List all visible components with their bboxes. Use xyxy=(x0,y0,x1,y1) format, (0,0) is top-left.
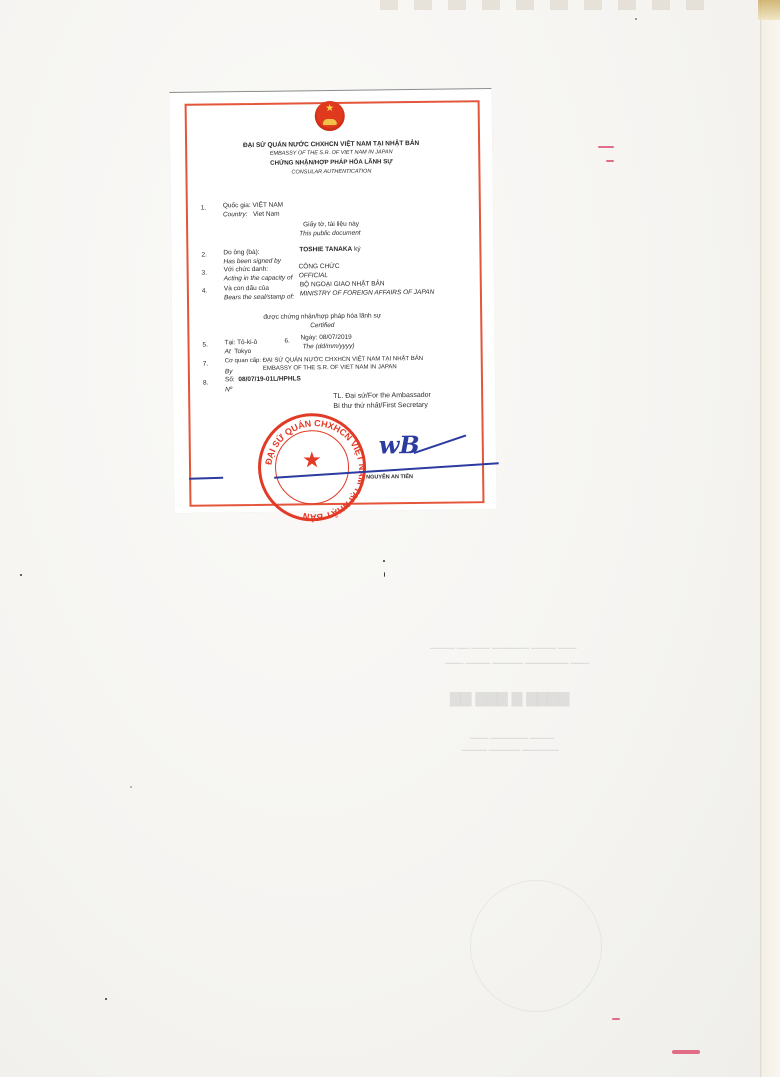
speck xyxy=(383,560,385,562)
capacity-label-en: Acting in the capacity of xyxy=(224,274,293,282)
number-field: Số: 08/07/19-01L/HPHLS xyxy=(225,375,301,383)
field-1-number: 1. xyxy=(201,205,207,212)
field-6-number: 6. xyxy=(284,338,290,345)
country-label-en: Country: xyxy=(223,211,248,218)
field-7-number: 7. xyxy=(203,361,209,368)
capacity-value-en: OFFICIAL xyxy=(299,272,328,279)
place-value-en: Tokyo xyxy=(234,348,251,355)
place-en: At Tokyo xyxy=(225,348,252,355)
embassy-seal: ĐẠI SỨ QUÁN CHXHCN VIỆT NAM TẠI NHẬT BẢN… xyxy=(257,413,366,522)
signature-line-1: TL. Đại sứ/For the Ambassador xyxy=(333,392,431,400)
document-label-en: This public document xyxy=(299,230,361,238)
field-2-number: 2. xyxy=(201,252,207,259)
signed-by-label-vi: Do ông (bà): xyxy=(223,249,259,256)
red-mark xyxy=(672,1050,700,1054)
date-value: 08/07/2019 xyxy=(319,334,352,341)
speck xyxy=(130,786,132,788)
bleed-through-seal xyxy=(470,880,602,1012)
field-3-number: 3. xyxy=(202,270,208,277)
signature-line-2: Bí thư thứ nhất/First Secretary xyxy=(333,402,428,410)
signed-by-value: TOSHIE TANAKA ký xyxy=(299,246,360,254)
place-label-en: At xyxy=(225,348,231,355)
issuer-label-vi: Cơ quan cấp: xyxy=(225,358,261,364)
bleed-through-text: ▁▁▁▁ ▁▁ ▁▁▁ ▁▁▁▁▁▁ ▁▁▁▁ ▁▁▁ xyxy=(430,640,576,649)
place-label-vi: Tại: xyxy=(224,339,235,346)
speck xyxy=(20,574,22,576)
seal-label-en: Bears the seal/stamp of: xyxy=(224,293,294,301)
page-edge xyxy=(760,0,780,1077)
seal-value-vi: BỘ NGOẠI GIAO NHẬT BẢN xyxy=(300,280,385,288)
country-value-vi: VIỆT NAM xyxy=(252,202,283,209)
top-stain xyxy=(380,0,710,10)
country-label-vi: Quốc gia: xyxy=(223,202,251,209)
number-value: 08/07/19-01L/HPHLS xyxy=(238,375,301,383)
seal-label-vi: Và con dấu của xyxy=(224,285,269,293)
field-1-en: Country: Viet Nam xyxy=(223,211,280,219)
field-4-number: 4. xyxy=(202,288,208,295)
field-8-number: 8. xyxy=(203,380,209,387)
place-value-vi: Tô-ki-ô xyxy=(237,339,257,346)
edge-stain xyxy=(758,0,780,20)
capacity-label-vi: Với chức danh: xyxy=(224,266,268,274)
bleed-through-text: ▇▇ ▇▇▇ ▇ ▇▇▇▇ xyxy=(450,690,569,707)
capacity-value-vi: CÔNG CHỨC xyxy=(299,263,340,270)
bleed-through-text: ▁▁▁▁ ▁▁▁▁▁ ▁▁▁▁▁▁ xyxy=(462,742,559,751)
speck xyxy=(105,998,107,1000)
signer-name: TOSHIE TANAKA xyxy=(299,246,352,254)
date-label-en: The (dd/mm/yyyy) xyxy=(303,343,355,351)
signed-suffix: ký xyxy=(354,246,361,253)
star-icon: ★ xyxy=(276,449,348,472)
bleed-through-text: ▁▁▁ ▁▁▁▁ ▁▁▁▁▁ ▁▁▁▁▁▁▁ ▁▁▁ xyxy=(445,655,589,664)
national-emblem-icon: ★ xyxy=(315,101,345,131)
issuer-label-en: By xyxy=(225,368,233,375)
country-value-en: Viet Nam xyxy=(253,211,280,218)
signed-by-label-en: Has been signed by xyxy=(223,258,281,266)
speck xyxy=(384,572,385,577)
field-5-number: 5. xyxy=(202,342,208,349)
date-vi: Ngày: 08/07/2019 xyxy=(300,334,351,342)
document-label-vi: Giấy tờ, tài liệu này xyxy=(303,221,359,229)
field-1-vi: Quốc gia: VIỆT NAM xyxy=(223,202,283,210)
number-label-vi: Số: xyxy=(225,376,235,383)
red-mark xyxy=(598,146,614,148)
speck xyxy=(635,18,637,20)
number-label-en: Nº xyxy=(225,386,232,393)
bleed-through-text: ▁▁▁ ▁▁▁▁▁▁ ▁▁▁▁ xyxy=(470,730,554,739)
red-mark xyxy=(606,160,614,162)
red-mark xyxy=(612,1018,620,1020)
signature-scribble: wB xyxy=(379,430,420,459)
date-label-vi: Ngày: xyxy=(300,334,317,341)
place-vi: Tại: Tô-ki-ô xyxy=(224,339,257,346)
consular-authentication-sticker: ★ ĐẠI SỨ QUÁN NƯỚC CHXHCN VIỆT NAM TẠI N… xyxy=(169,88,496,513)
signatory-name: NGUYỄN AN TIẾN xyxy=(366,474,413,481)
